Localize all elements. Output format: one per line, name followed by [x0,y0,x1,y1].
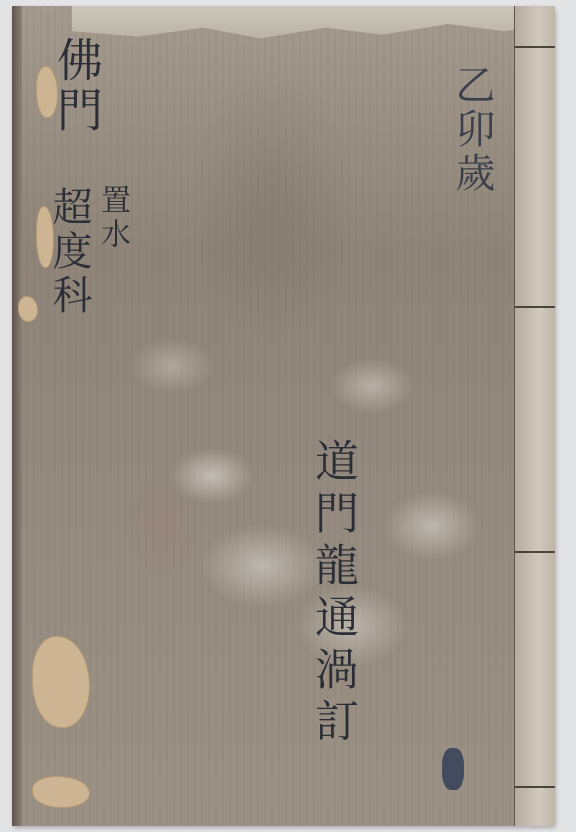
torn-top-edge [72,6,542,42]
paper-damage [18,296,38,322]
date-text: 乙卯歲 [450,64,494,196]
binding-stitch [515,551,555,553]
author-line1: 道門 [307,438,358,542]
binding-stitch [515,786,555,788]
binding-stitch [515,306,555,308]
ink-smudge [442,748,464,790]
left-edge [12,6,22,826]
binding-stitch [515,46,555,48]
paper-damage [32,636,90,728]
book-cover: 佛門 超度科 置水 乙卯歲 道門龍通渦訂 [12,6,555,826]
author-suffix: 訂 [307,698,358,750]
book-spine [514,6,555,826]
title-sub-text: 置水 [96,184,128,252]
title-line2-text: 超度科 [46,186,92,318]
title-main-text: 佛門 [52,36,102,136]
paper-damage [32,776,90,808]
author-text: 道門龍通渦訂 [308,438,356,750]
author-line2: 龍通渦 [307,542,358,698]
